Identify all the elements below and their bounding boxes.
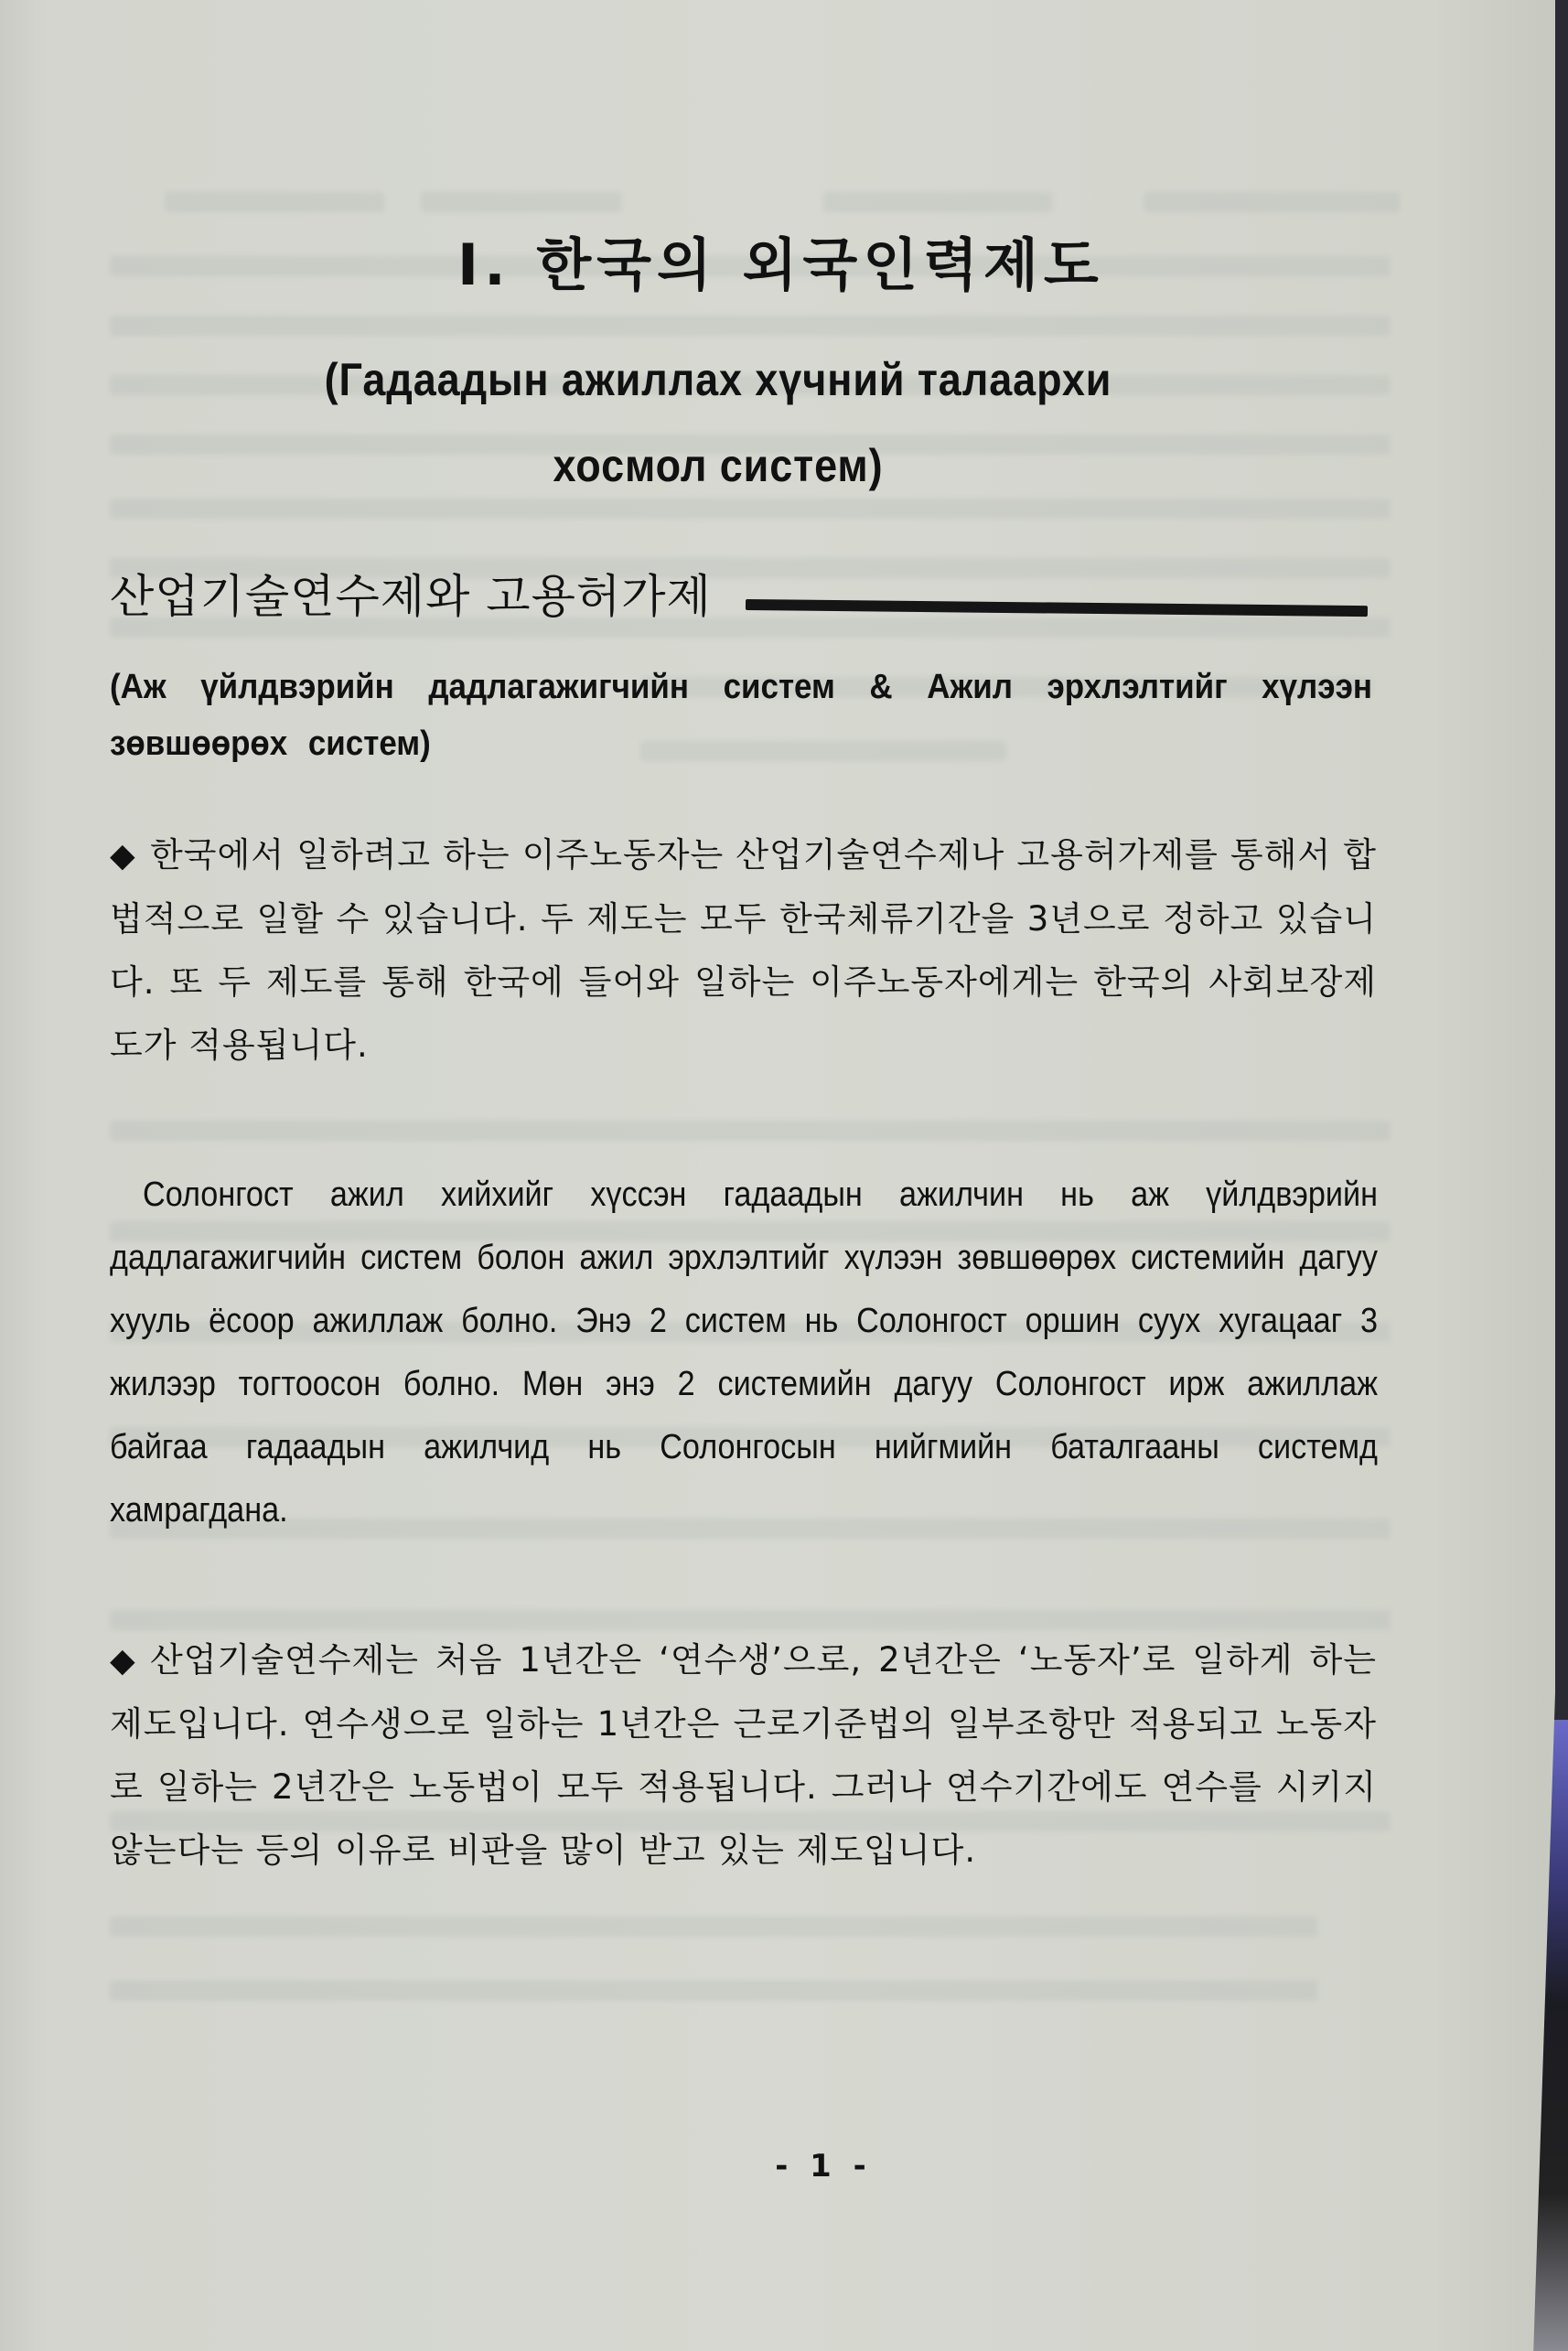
section-subheading: (Аж үйлдвэрийн дадлагажигчийн систем & А… bbox=[110, 659, 1372, 772]
chapter-subtitle-line: хосмол систем) bbox=[306, 423, 1130, 509]
chapter-subtitle: (Гадаадын ажиллах хүчний талаархи хосмол… bbox=[306, 337, 1130, 509]
book-page: Ⅰ. 한국의 외국인력제도 (Гадаадын ажиллах хүчний т… bbox=[0, 0, 1555, 2351]
diamond-bullet-icon: ◆ bbox=[110, 1629, 141, 1692]
chapter-title: Ⅰ. 한국의 외국인력제도 bbox=[457, 220, 1104, 301]
chapter-subtitle-line: (Гадаадын ажиллах хүчний талаархи bbox=[306, 337, 1130, 423]
paragraph-text: 한국에서 일하려고 하는 이주노동자는 산업기술연수제나 고용허가제를 통해서 … bbox=[110, 835, 1377, 1065]
paragraph-mongolian-1: Солонгост ажил хийхийг хүссэн гадаадын а… bbox=[110, 1164, 1378, 1542]
paragraph-korean-2: ◆산업기술연수제는 처음 1년간은 ‘연수생’으로, 2년간은 ‘노동자’로 일… bbox=[110, 1628, 1377, 1882]
section-divider-rule bbox=[746, 599, 1368, 617]
section-heading: 산업기술연수제와 고용허가제 bbox=[110, 560, 712, 626]
page-number: - 1 - bbox=[110, 2148, 1537, 2185]
paragraph-text: 산업기술연수제는 처음 1년간은 ‘연수생’으로, 2년간은 ‘노동자’로 일하… bbox=[110, 1640, 1377, 1870]
paragraph-text: Солонгост ажил хийхийг хүссэн гадаадын а… bbox=[110, 1175, 1378, 1530]
paragraph-korean-1: ◆한국에서 일하려고 하는 이주노동자는 산업기술연수제나 고용허가제를 통해서… bbox=[110, 823, 1377, 1077]
diamond-bullet-icon: ◆ bbox=[110, 824, 141, 887]
section-header: 산업기술연수제와 고용허가제 bbox=[110, 560, 1377, 633]
